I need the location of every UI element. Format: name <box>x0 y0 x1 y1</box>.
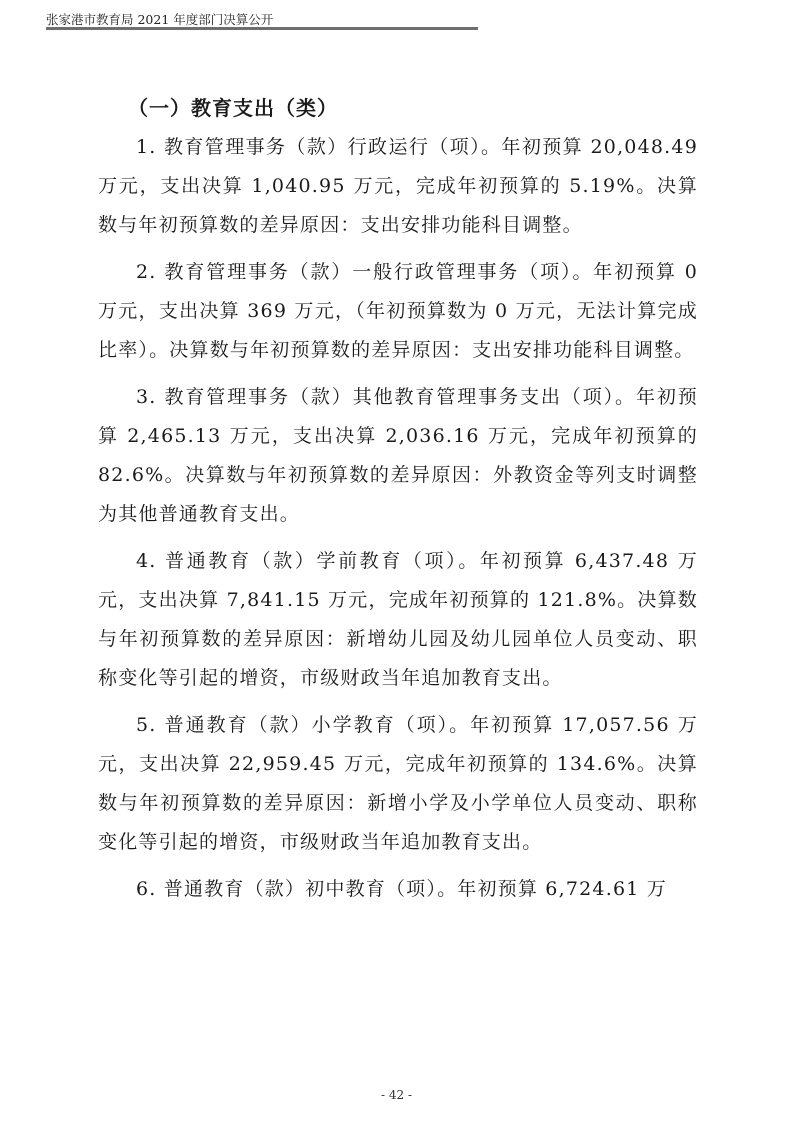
page-number: - 42 - <box>0 1088 793 1102</box>
paragraph-item-4: 4. 普通教育（款）学前教育（项）。年初预算 6,437.48 万元，支出决算 … <box>98 542 698 698</box>
paragraph-item-5: 5. 普通教育（款）小学教育（项）。年初预算 17,057.56 万元，支出决算… <box>98 706 698 862</box>
paragraph-item-1: 1. 教育管理事务（款）行政运行（项）。年初预算 20,048.49 万元，支出… <box>98 128 698 245</box>
paragraph-item-2: 2. 教育管理事务（款）一般行政管理事务（项）。年初预算 0 万元，支出决算 3… <box>98 253 698 370</box>
section-title: （一）教育支出（类） <box>128 88 698 128</box>
document-header: 张家港市教育局 2021 年度部门决算公开 <box>46 10 477 28</box>
paragraph-item-3: 3. 教育管理事务（款）其他教育管理事务支出（项）。年初预算 2,465.13 … <box>98 378 698 534</box>
document-body: （一）教育支出（类） 1. 教育管理事务（款）行政运行（项）。年初预算 20,0… <box>98 88 698 917</box>
header-divider <box>46 27 478 30</box>
paragraph-item-6: 6. 普通教育（款）初中教育（项）。年初预算 6,724.61 万 <box>98 870 698 909</box>
